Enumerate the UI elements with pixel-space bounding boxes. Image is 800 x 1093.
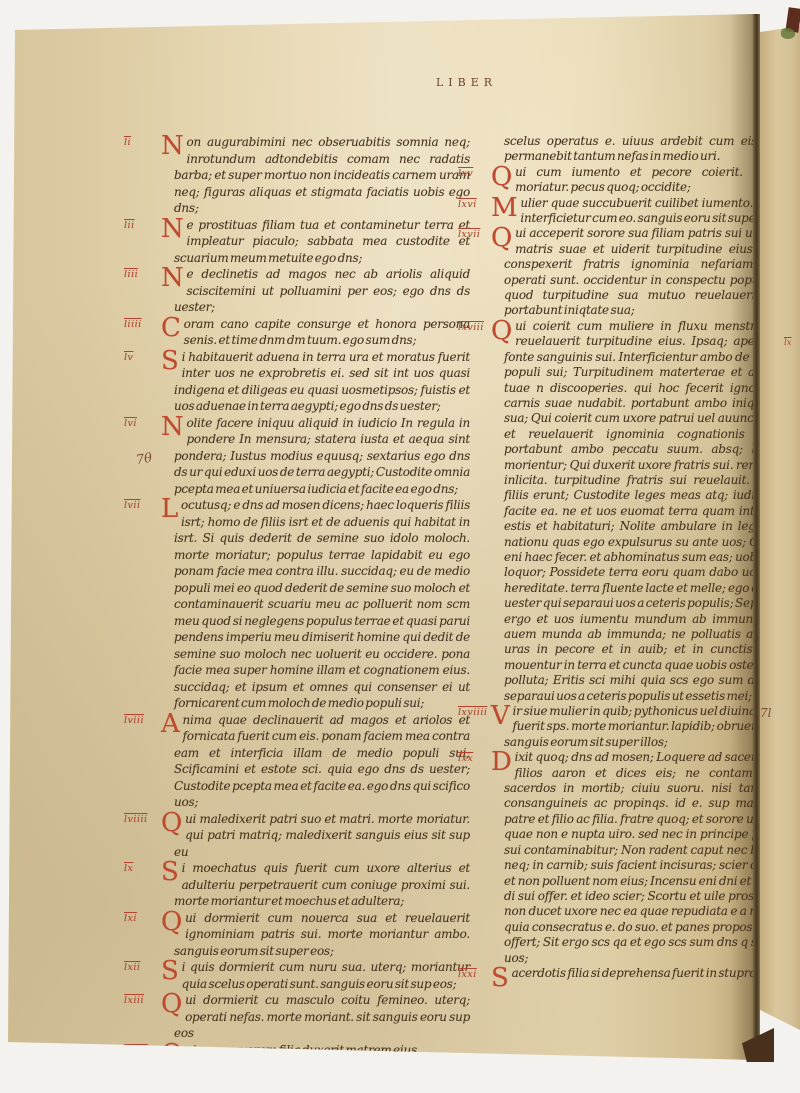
chapter-text: on augurabimini nec obseruabitis somnia … [174, 135, 470, 215]
chapter-number: lxii [124, 960, 140, 977]
rubricated-initial: N [161, 134, 187, 158]
rubricated-initial: Q [491, 165, 515, 189]
chapter-text: ui dormierit cu masculo coitu femineo. u… [174, 993, 470, 1040]
margin-nota-mark: 7θ [135, 451, 153, 468]
text-column-right: scelus operatus e. uiuus ardebit cum eis… [504, 134, 788, 990]
rubricated-initial: Q [161, 1042, 185, 1066]
chapter-entry: lviNolite facere iniquu aliquid in iudic… [174, 415, 470, 498]
rubricated-initial: N [161, 266, 187, 290]
chapter-text: ui cum iumento et pecore coierit. morte … [515, 165, 788, 194]
chapter-entry: lxiiSi quis dormierit cum nuru sua. uter… [174, 959, 470, 992]
chapter-entry: liiiiCoram cano capite consurge et honor… [174, 316, 470, 349]
chapter-number: lviii [124, 713, 144, 730]
chapter-text: olite facere iniquu aliquid in iudicio I… [174, 416, 470, 496]
chapter-text: oram cano capite consurge et honora pers… [184, 317, 470, 348]
chapter-text: nima quae declinauerit ad magos et ariol… [174, 713, 470, 810]
chapter-entry: lviiiAnima quae declinauerit ad magos et… [174, 712, 470, 811]
chapter-text: i moechatus quis fuerit cum uxore alteri… [174, 861, 470, 908]
chapter-entry: scelus operatus e. uiuus ardebit cum eis… [504, 134, 788, 165]
chapter-entry: lxxiSacerdotis filia si deprehensa fueri… [504, 966, 788, 981]
next-page-chapter-number: lx [784, 338, 792, 348]
chapter-text: ui supra uxorem filia duxerit matrem eiu… [185, 1043, 420, 1057]
rubricated-initial: L [161, 497, 181, 521]
binding-crease [753, 14, 760, 1054]
chapter-number: lvi [124, 416, 137, 433]
chapter-number: lviiii [124, 812, 148, 829]
chapter-entry: lvSi habitauerit aduena in terra ura et … [174, 349, 470, 415]
chapter-number: lxi [124, 911, 137, 928]
chapter-number: lii [124, 218, 135, 235]
running-title: LIBER [436, 76, 576, 89]
rubricated-initial: S [161, 349, 182, 373]
rubricated-initial: S [161, 860, 182, 884]
rubricated-initial: Q [491, 226, 515, 250]
chapter-number: lvii [124, 498, 140, 515]
manuscript-page: LIBER liNon augurabimini nec obseruabiti… [8, 10, 756, 1064]
rubricated-initial: N [161, 415, 187, 439]
chapter-entry: lxiiiQui dormierit cu masculo coitu femi… [174, 992, 470, 1042]
chapter-entry: lxiQui dormierit cum nouerca sua et reue… [174, 910, 470, 960]
chapter-number: lxv [458, 166, 473, 181]
rubricated-initial: V [491, 704, 513, 728]
chapter-number: lxxi [458, 967, 477, 982]
decoration-fragment [781, 28, 795, 39]
chapter-entry: lxviiiQui coierit cum muliere in fluxu m… [504, 319, 788, 704]
chapter-entry: lviiiiQui maledixerit patri suo et matri… [174, 811, 470, 861]
rubricated-initial: Q [161, 910, 185, 934]
chapter-number: lx [124, 861, 133, 878]
chapter-entry: lxSi moechatus quis fuerit cum uxore alt… [174, 860, 470, 910]
chapter-entry: liNon augurabimini nec obseruabitis somn… [174, 134, 470, 217]
chapter-number: lxviiii [458, 705, 487, 720]
rubricated-initial: S [491, 966, 512, 990]
chapter-number: lxviii [458, 320, 484, 335]
rubricated-initial: Q [491, 319, 515, 343]
chapter-text: e prostituas filiam tua et contaminetur … [174, 218, 470, 265]
chapter-text: ir siue mulier in quib; pythonicus uel d… [504, 704, 788, 749]
chapter-entry: lxviMulier quae succubuerit cuilibet ium… [504, 196, 788, 227]
chapter-text: ulier quae succubuerit cuilibet iumento.… [520, 196, 788, 225]
rubricated-initial: C [161, 316, 184, 340]
chapter-number: liiii [124, 317, 142, 334]
rubricated-initial: Q [161, 992, 185, 1016]
chapter-text: ocutusq; e dns ad mosen dicens; haec loq… [174, 498, 470, 710]
chapter-number: li [124, 135, 131, 152]
chapter-number: lxiiii [124, 1043, 148, 1060]
chapter-text: ui maledixerit patri suo et matri. morte… [174, 812, 470, 859]
chapter-number: lxiii [124, 993, 144, 1010]
chapter-text: i habitauerit aduena in terra ura et mor… [174, 350, 470, 414]
rubricated-initial: D [491, 750, 515, 774]
next-page-edge [760, 26, 800, 1030]
rubricated-initial: Q [161, 811, 185, 835]
chapter-entry: lxiiiiQui supra uxorem filia duxerit mat… [174, 1042, 470, 1059]
rubricated-initial: S [161, 959, 182, 983]
chapter-number: lv [124, 350, 133, 367]
rubricated-initial: N [161, 217, 187, 241]
chapter-entry: lxxDixit quoq; dns ad mosen; Loquere ad … [504, 750, 788, 966]
chapter-text: ui dormierit cum nouerca sua et reuelaue… [174, 911, 470, 958]
chapter-text: ixit quoq; dns ad mosen; Loquere ad sace… [504, 750, 788, 964]
chapter-number: liii [124, 267, 138, 284]
chapter-entry: liiiNe declinetis ad magos nec ab arioli… [174, 266, 470, 316]
chapter-entry: liiNe prostituas filiam tua et contamine… [174, 217, 470, 267]
rubricated-initial: M [491, 196, 520, 220]
chapter-entry: lxviiiiVir siue mulier in quib; pythonic… [504, 704, 788, 750]
chapter-number: lxx [458, 751, 473, 766]
photo-background: LIBER liNon augurabimini nec obseruabiti… [0, 0, 800, 1093]
chapter-number: lxvi [458, 197, 477, 212]
margin-nota-mark: 7l [760, 706, 771, 720]
chapter-number: lxvii [458, 227, 480, 242]
chapter-text: e declinetis ad magos nec ab ariolis ali… [174, 267, 470, 314]
chapter-text: acerdotis filia si deprehensa fuerit in … [512, 966, 773, 980]
chapter-text: ui acceperit sorore sua filiam patris su… [504, 226, 788, 317]
rubricated-initial: A [161, 712, 183, 736]
chapter-text: scelus operatus e. uiuus ardebit cum eis… [504, 134, 788, 163]
chapter-entry: lviiLocutusq; e dns ad mosen dicens; hae… [174, 497, 470, 712]
chapter-entry: lxvQui cum iumento et pecore coierit. mo… [504, 165, 788, 196]
text-column-left: liNon augurabimini nec obseruabitis somn… [174, 134, 470, 1066]
chapter-text: i quis dormierit cum nuru sua. uterq; mo… [182, 960, 470, 991]
chapter-entry: lxviiQui acceperit sorore sua filiam pat… [504, 226, 788, 318]
chapter-text: ui coierit cum muliere in fluxu menstruo… [504, 319, 788, 703]
